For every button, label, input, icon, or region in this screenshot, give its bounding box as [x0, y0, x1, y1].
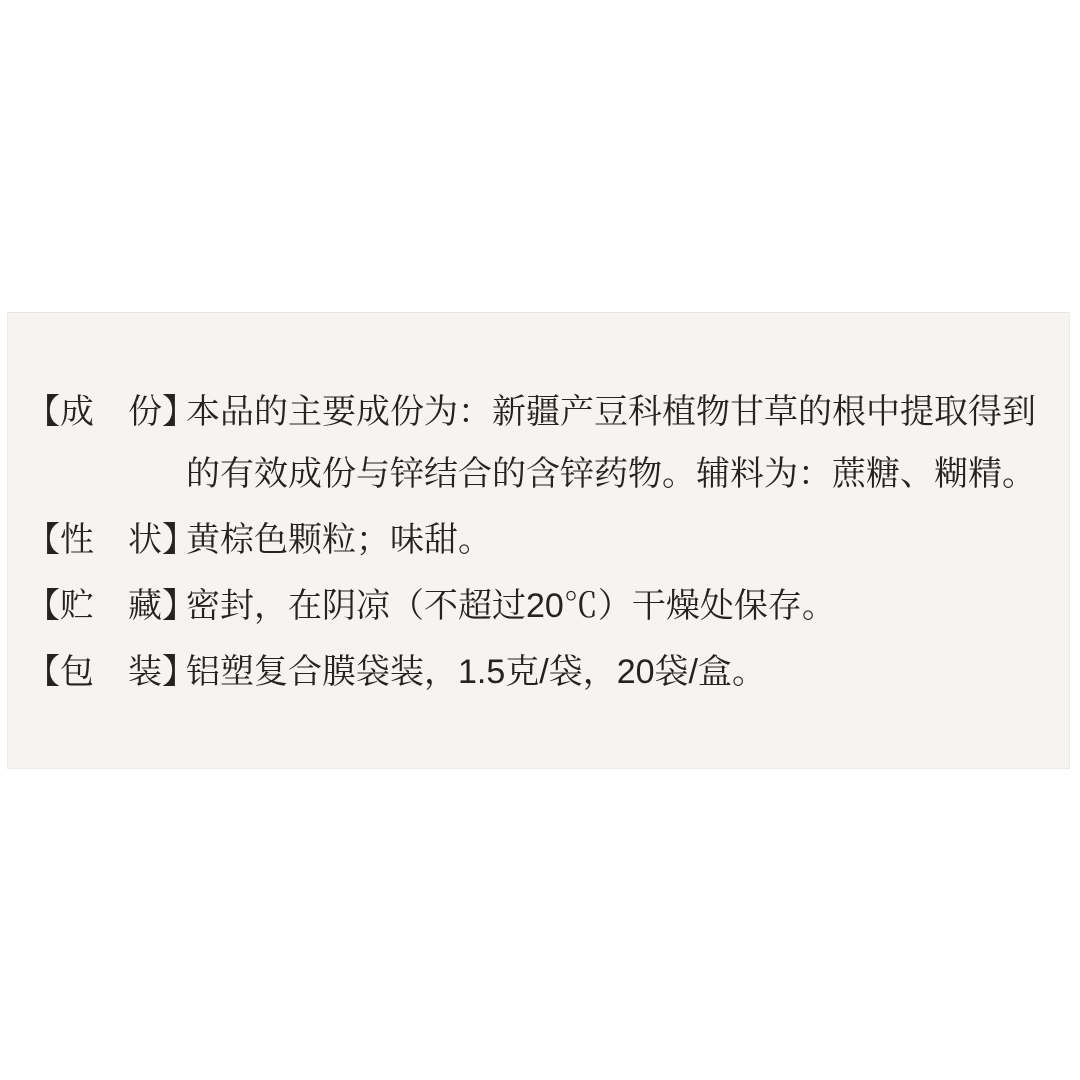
section-packaging: 【包 装】 铝塑复合膜袋装，1.5克/袋，20袋/盒。 [26, 641, 1041, 703]
section-storage-line-1: 密封，在阴凉（不超过20℃）干燥处保存。 [186, 575, 1041, 637]
section-description-line-1: 黄棕色颗粒；味甜。 [186, 509, 1041, 571]
section-ingredients-line-1: 本品的主要成份为：新疆产豆科植物甘草的根中提取得到 [186, 381, 1041, 443]
section-storage-label: 【贮 藏】 [26, 575, 196, 637]
package-insert-photo: 【成 份】 本品的主要成份为：新疆产豆科植物甘草的根中提取得到 的有效成份与锌结… [0, 0, 1080, 1080]
section-storage: 【贮 藏】 密封，在阴凉（不超过20℃）干燥处保存。 [26, 575, 1041, 637]
drug-info-content: 【成 份】 本品的主要成份为：新疆产豆科植物甘草的根中提取得到 的有效成份与锌结… [8, 313, 1069, 703]
section-ingredients-line-2: 的有效成份与锌结合的含锌药物。辅料为：蔗糖、糊精。 [186, 443, 1041, 505]
section-description-label: 【性 状】 [26, 509, 196, 571]
section-description: 【性 状】 黄棕色颗粒；味甜。 [26, 509, 1041, 571]
section-packaging-line-1: 铝塑复合膜袋装，1.5克/袋，20袋/盒。 [186, 641, 1041, 703]
section-ingredients-label: 【成 份】 [26, 381, 196, 443]
drug-info-panel: 【成 份】 本品的主要成份为：新疆产豆科植物甘草的根中提取得到 的有效成份与锌结… [7, 312, 1070, 769]
section-ingredients: 【成 份】 本品的主要成份为：新疆产豆科植物甘草的根中提取得到 的有效成份与锌结… [26, 381, 1041, 505]
section-packaging-label: 【包 装】 [26, 641, 196, 703]
